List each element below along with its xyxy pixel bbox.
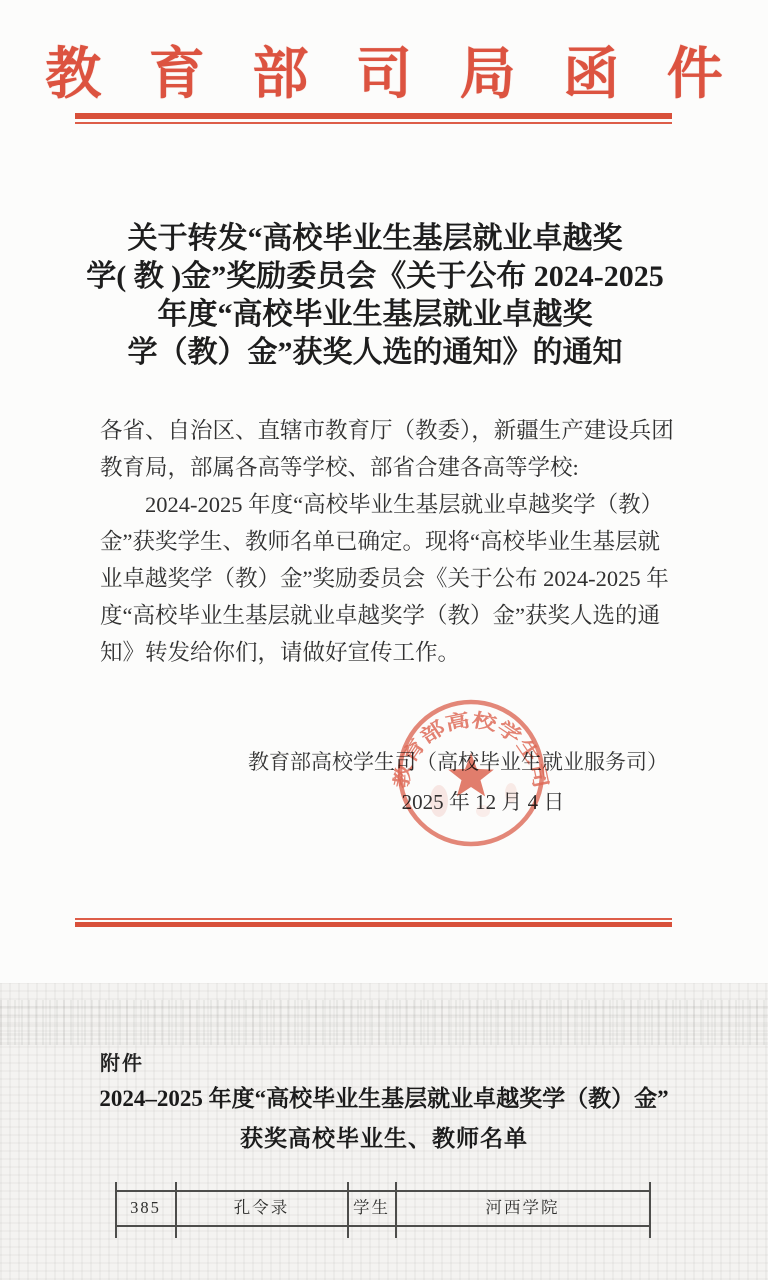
body-line: 度“高校毕业生基层就业卓越奖学（教）金”获奖人选的通	[100, 597, 665, 634]
seal-star-icon	[448, 753, 494, 796]
seal-smudge	[476, 805, 490, 817]
seal-smudge	[430, 785, 448, 817]
attachment-heading-line1: 2024–2025 年度“高校毕业生基层就业卓越奖学（教）金”	[40, 1080, 728, 1113]
document-title-line: 关于转发“高校毕业生基层就业卓越奖	[60, 220, 690, 258]
seal-smudge	[505, 783, 517, 803]
cell-awardee-name: 孔令录	[177, 1192, 346, 1225]
header-rule-thick	[75, 113, 672, 119]
document-title-line: 学( 教 )金”奖励委员会《关于公布 2024-2025	[60, 258, 690, 296]
body-line: 金”获奖学生、教师名单已确定。现将“高校毕业生基层就	[100, 523, 665, 560]
attachment-heading-line2: 获奖高校毕业生、教师名单	[40, 1120, 728, 1153]
body-line: 教育局，部属各高等学校、部省合建各高等学校:	[100, 449, 665, 486]
official-seal: 教育部高校学生司	[391, 693, 551, 853]
body-line: 知》转发给你们，请做好宣传工作。	[100, 634, 665, 671]
scan-texture-band	[0, 1000, 768, 1045]
header-rule-thin	[75, 122, 672, 124]
table-hline	[115, 1225, 651, 1227]
attachment-label: 附件	[100, 1047, 144, 1076]
scanned-official-letter: 教 育 部 司 局 函 件 关于转发“高校毕业生基层就业卓越奖 学( 教 )金”…	[0, 0, 768, 1280]
body-line: 业卓越奖学（教）金”奖励委员会《关于公布 2024-2025 年	[100, 560, 665, 597]
document-title-line: 年度“高校毕业生基层就业卓越奖	[60, 296, 690, 334]
cell-serial-number: 385	[117, 1192, 174, 1225]
body-line: 2024-2025 年度“高校毕业生基层就业卓越奖学（教）	[100, 486, 665, 523]
award-table: 385 孔令录 学生 河西学院	[115, 1182, 651, 1238]
body-line: 各省、自治区、直辖市教育厅（教委），新疆生产建设兵团	[100, 412, 665, 449]
cell-awardee-school: 河西学院	[397, 1192, 648, 1225]
closing-rule-thin	[75, 918, 672, 920]
letterhead-title: 教 育 部 司 局 函 件	[0, 42, 768, 108]
closing-rule-thick	[75, 922, 672, 927]
letter-body: 各省、自治区、直辖市教育厅（教委），新疆生产建设兵团 教育局，部属各高等学校、部…	[100, 412, 665, 671]
document-title: 关于转发“高校毕业生基层就业卓越奖 学( 教 )金”奖励委员会《关于公布 202…	[60, 220, 690, 372]
document-title-line: 学（教）金”获奖人选的通知》的通知	[60, 334, 690, 372]
cell-awardee-role: 学生	[349, 1192, 394, 1225]
attachment-section: 附件 2024–2025 年度“高校毕业生基层就业卓越奖学（教）金” 获奖高校毕…	[0, 983, 768, 1280]
